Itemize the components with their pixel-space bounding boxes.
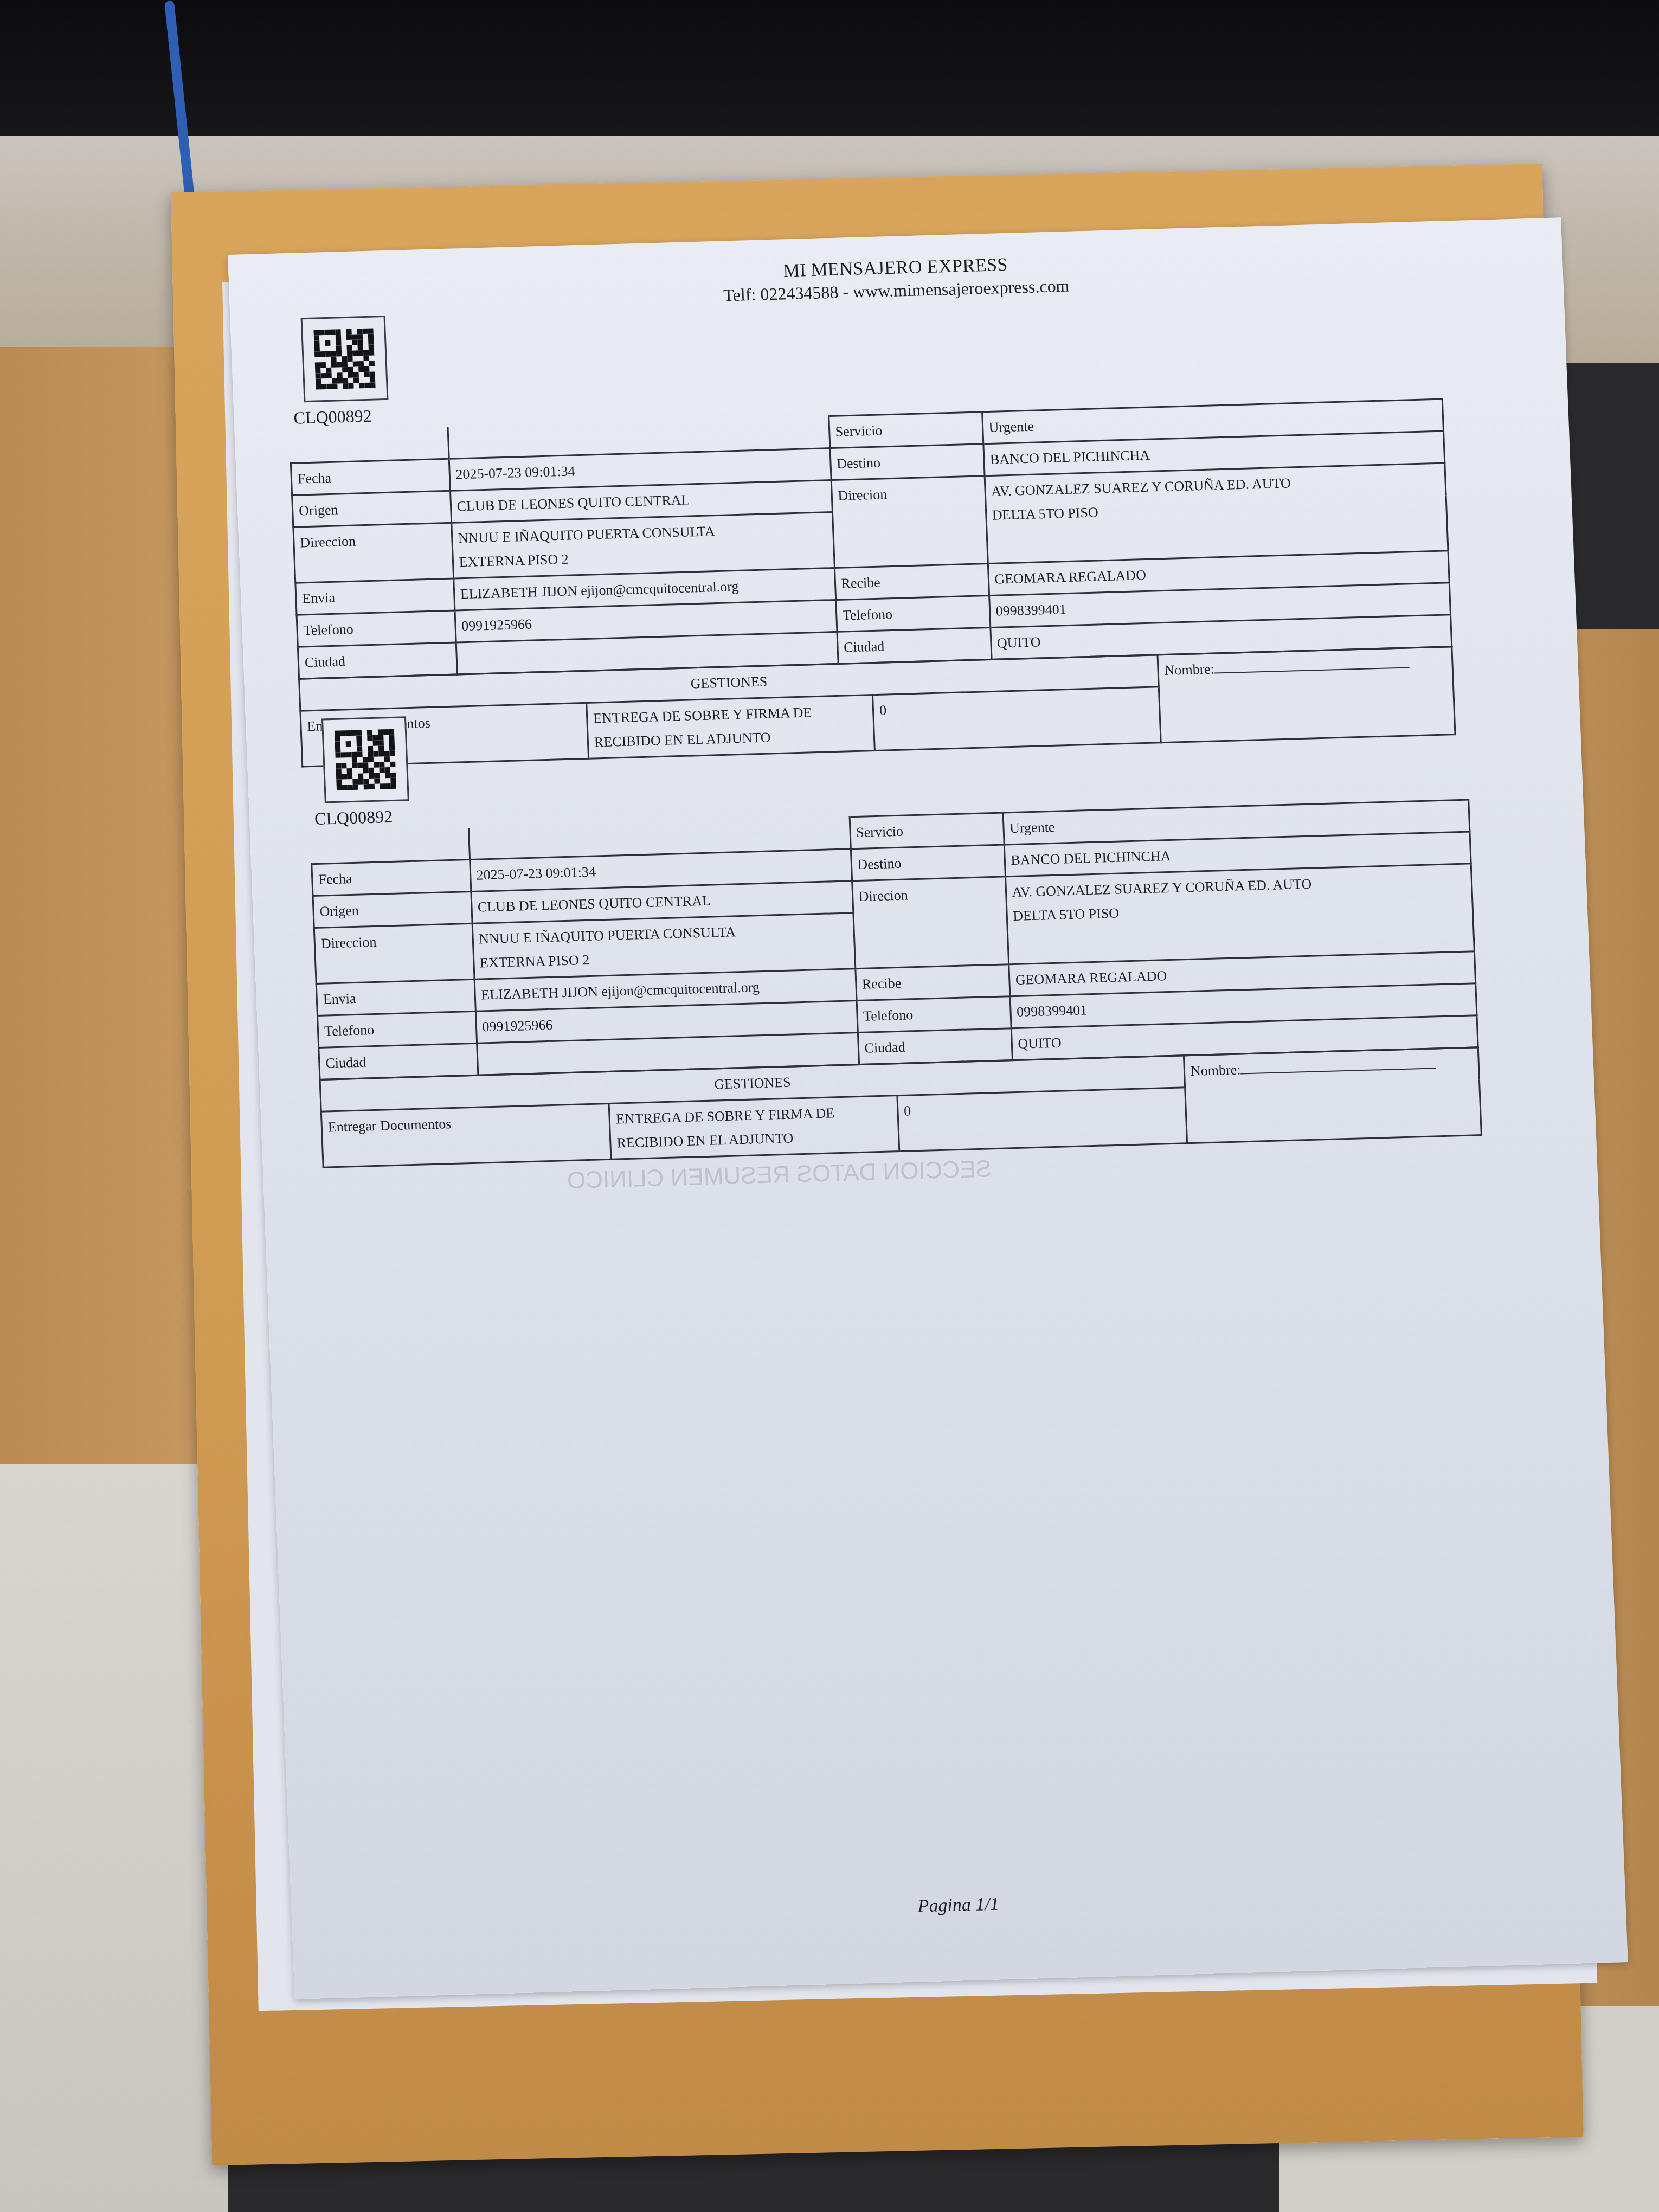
recibe-label: Recibe xyxy=(855,964,1009,1001)
servicio-label: Servicio xyxy=(850,813,1004,849)
direcion-label: Direcion xyxy=(831,476,988,568)
ciudad-destino-label: Ciudad xyxy=(858,1028,1012,1065)
page-number: Pagina 1/1 xyxy=(292,1876,1625,1934)
ciudad-origen-label: Ciudad xyxy=(298,642,457,679)
origen-label: Origen xyxy=(292,491,452,527)
direccion-label: Direccion xyxy=(314,923,474,983)
servicio-label: Servicio xyxy=(828,412,983,448)
nombre-label: Nombre: xyxy=(1190,1062,1240,1079)
floor-tiles xyxy=(0,1464,228,2212)
direcion-value: AV. GONZALEZ SUAREZ Y CORUÑA ED. AUTO DE… xyxy=(1005,864,1474,964)
telefono-origen-label: Telefono xyxy=(317,1011,477,1047)
direccion-value: NNUU E IÑAQUITO PUERTA CONSULTA EXTERNA … xyxy=(472,913,856,980)
direccion-value: NNUU E IÑAQUITO PUERTA CONSULTA EXTERNA … xyxy=(451,512,834,579)
direccion-label: Direccion xyxy=(293,523,453,583)
destino-label: Destino xyxy=(829,444,984,480)
envia-label: Envia xyxy=(316,979,475,1015)
show-through-heading: SECCION DATOS RESUMEN CLINICO xyxy=(567,1155,992,1194)
delivery-guide-sheet: SECCION DATOS RESUMEN CLINICO MI MENSAJE… xyxy=(228,217,1628,1999)
qr-pattern xyxy=(313,329,375,390)
guide-copy-2: CLQ00892 Servicio Urgente Fecha 2025-07-… xyxy=(305,687,1482,1168)
origen-label: Origen xyxy=(313,891,472,928)
fecha-label: Fecha xyxy=(291,459,450,495)
qr-code-icon xyxy=(301,316,389,402)
destino-label: Destino xyxy=(851,845,1005,881)
nombre-line xyxy=(1214,654,1410,673)
recibe-label: Recibe xyxy=(834,564,989,600)
ciudad-destino-label: Ciudad xyxy=(837,628,991,664)
qr-code-icon xyxy=(321,716,409,803)
nombre-label: Nombre: xyxy=(1164,661,1214,678)
telefono-origen-label: Telefono xyxy=(297,610,456,647)
guide-table: Servicio Urgente Fecha 2025-07-23 09:01:… xyxy=(289,398,1453,680)
qr-pattern xyxy=(335,729,396,790)
gestion-tipo: Entregar Documentos xyxy=(321,1103,611,1167)
guide-table: Servicio Urgente Fecha 2025-07-23 09:01:… xyxy=(310,799,1479,1080)
telefono-destino-label: Telefono xyxy=(857,996,1011,1033)
gestion-descripcion: ENTREGA DE SOBRE Y FIRMA DE RECIBIDO EN … xyxy=(609,1096,899,1160)
direcion-value: AV. GONZALEZ SUAREZ Y CORUÑA ED. AUTO DE… xyxy=(985,463,1448,564)
envia-label: Envia xyxy=(295,578,455,615)
telefono-destino-label: Telefono xyxy=(835,596,990,632)
nombre-line xyxy=(1240,1054,1436,1074)
ciudad-origen-label: Ciudad xyxy=(319,1043,478,1079)
nombre-signature-field[interactable]: Nombre: xyxy=(1184,1047,1481,1143)
direcion-label: Direcion xyxy=(852,877,1008,969)
fecha-label: Fecha xyxy=(312,859,471,896)
gestion-cantidad: 0 xyxy=(897,1088,1187,1152)
